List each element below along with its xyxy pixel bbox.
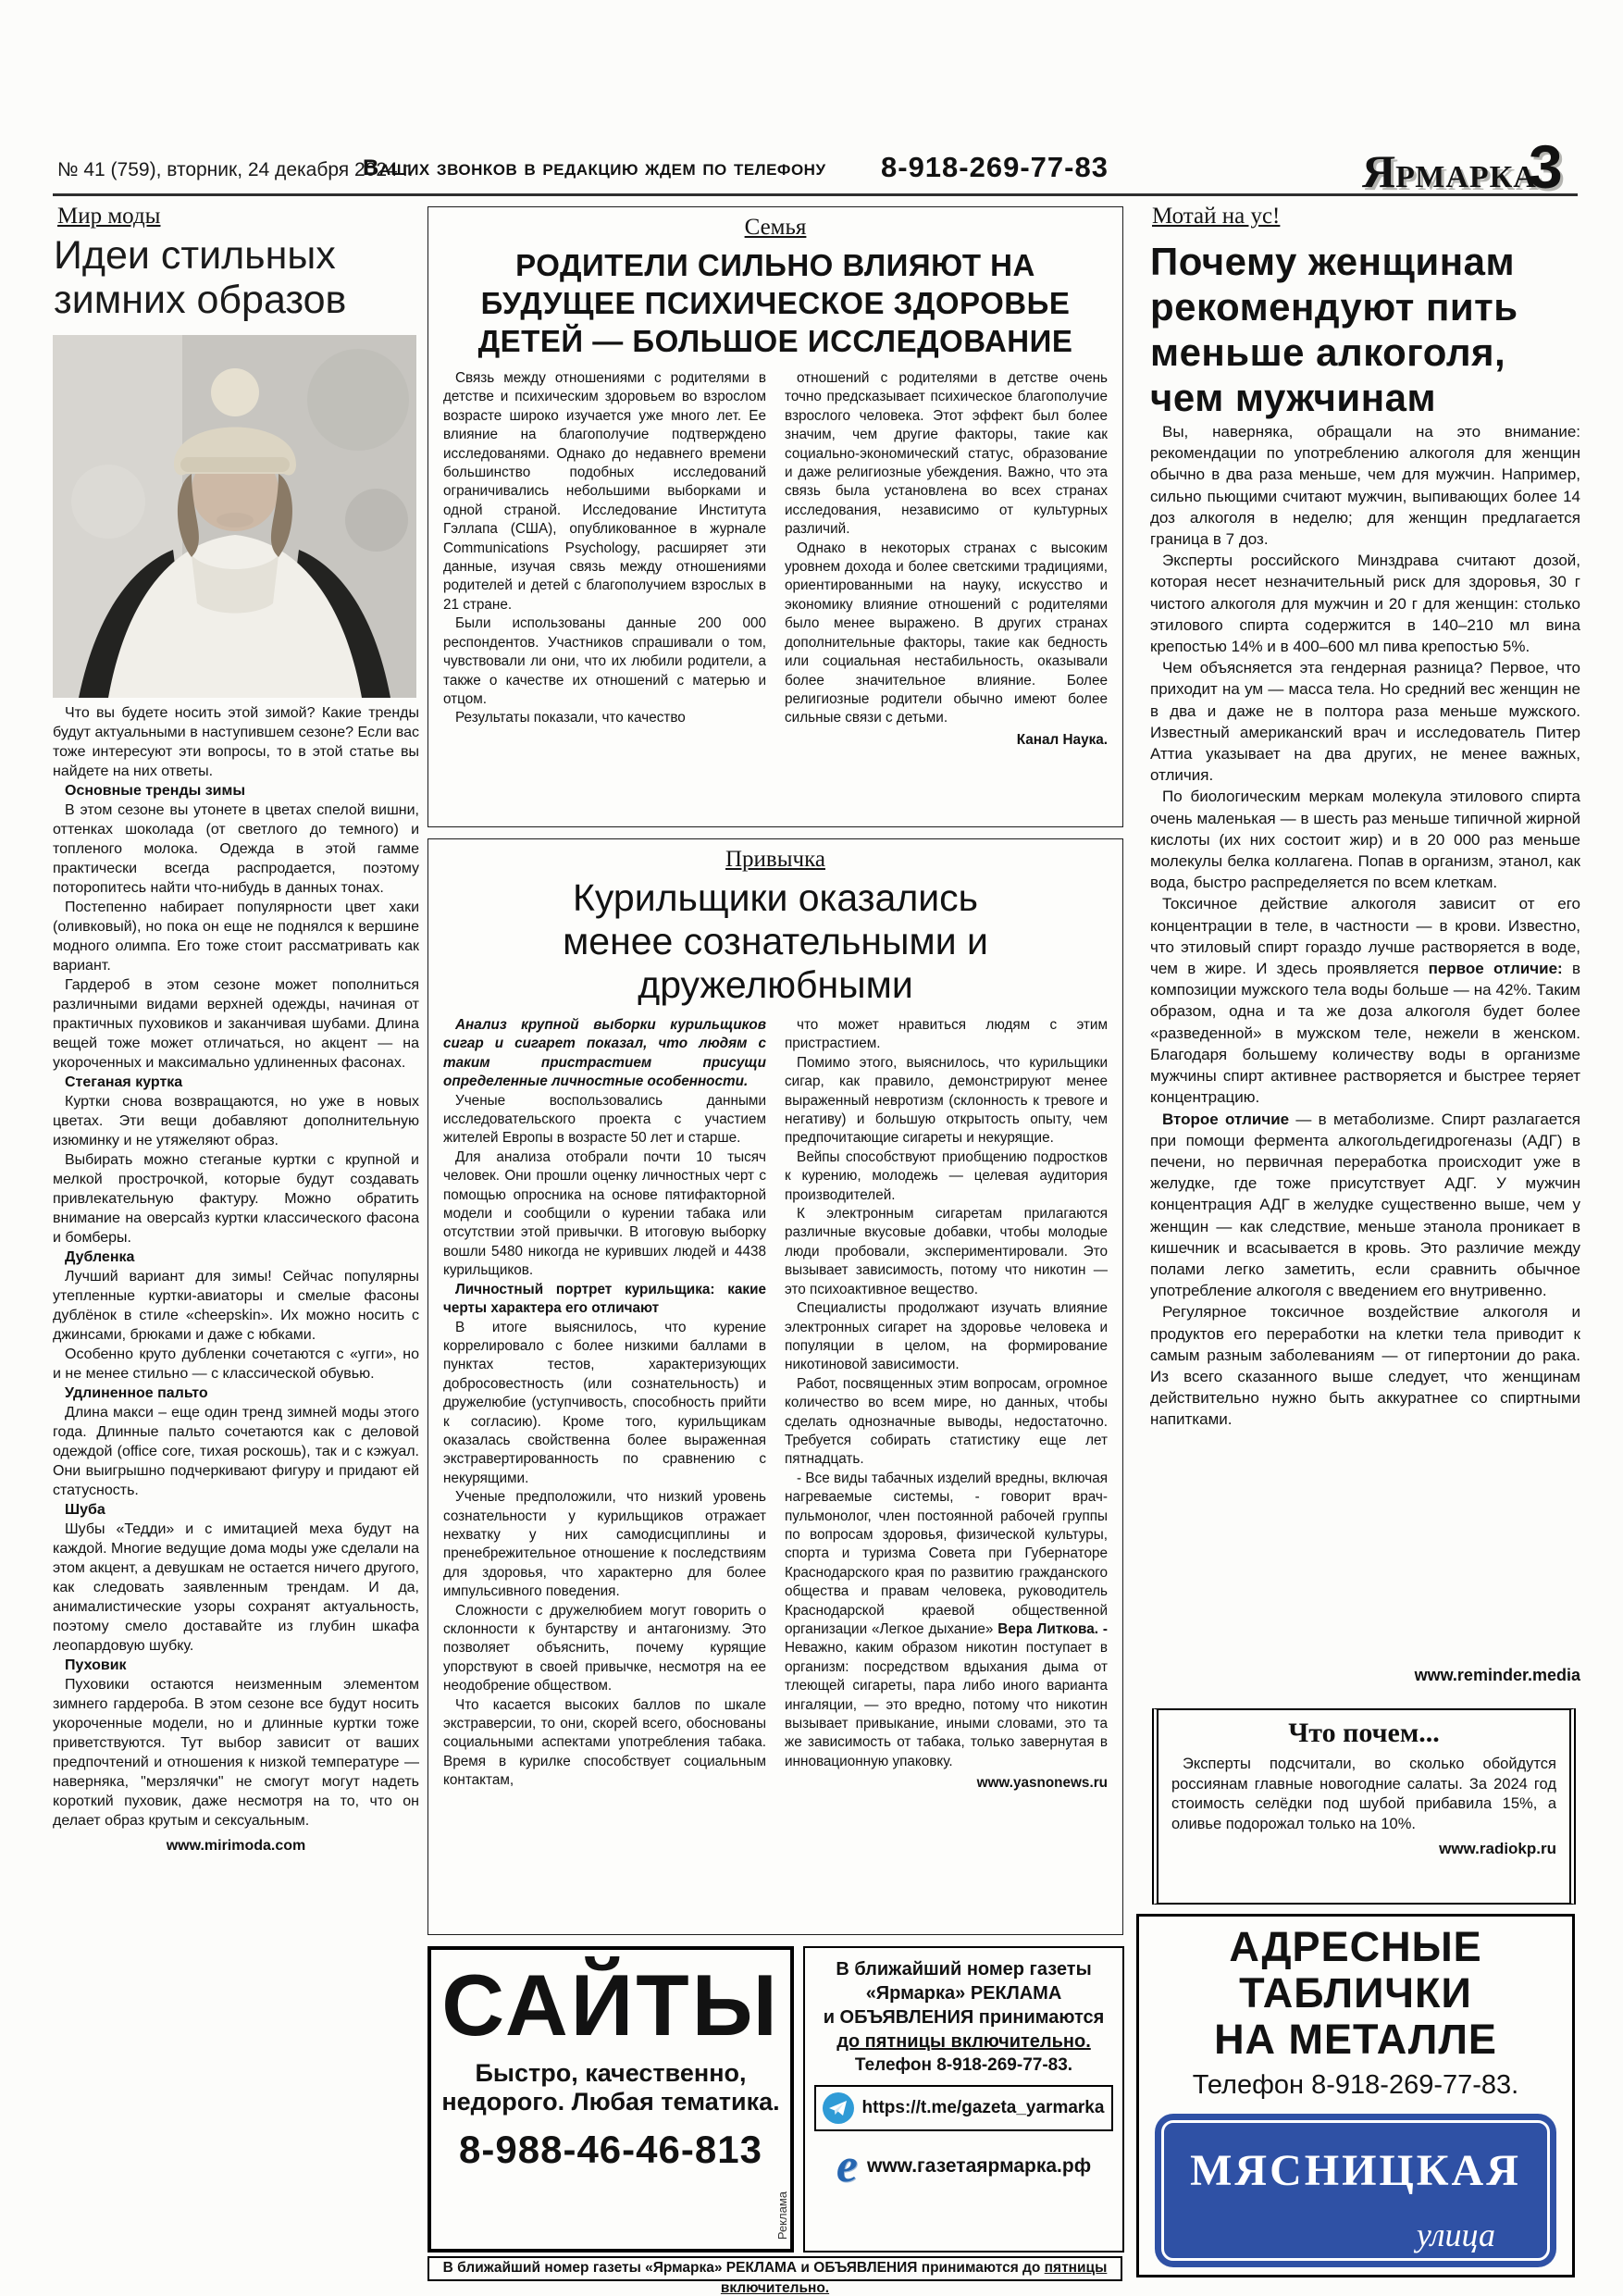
paragraph: Постепенно набирает популярности цвет ха…	[53, 898, 419, 975]
habit-columns: Анализ крупной выборки курильщиков сигар…	[443, 1016, 1108, 1951]
paragraph: отношений с родителями в детстве очень т…	[785, 369, 1108, 540]
newspaper-page: № 41 (759), вторник, 24 декабря 2024 г. …	[0, 0, 1623, 2296]
subhead: Удлиненное пальто	[53, 1384, 419, 1403]
ad-text-line: «Ярмарка» РЕКЛАМА	[805, 1981, 1122, 2005]
subhead: Личностный портрет курильщика: какие чер…	[443, 1281, 766, 1319]
logo-rest: РМАРКА	[1395, 160, 1537, 194]
street-sign-subtitle: улица	[1417, 2215, 1495, 2254]
paragraph: что может нравиться людям с этим пристра…	[785, 1016, 1108, 1054]
paragraph: Для анализа отобрали почти 10 тысяч чело…	[443, 1148, 766, 1281]
paragraph: Регулярное токсичное воздействие алкогол…	[1150, 1301, 1580, 1430]
ad-phone: Телефон 8-918-269-77-83.	[805, 2055, 1122, 2076]
paragraph: Что вы будете носить этой зимой? Какие т…	[53, 703, 419, 781]
article-signature: Канал Наука.	[785, 731, 1108, 750]
telegram-url: https://t.me/gazeta_yarmarka	[855, 2098, 1111, 2118]
ad-title-line: НА МЕТАЛЛЕ	[1139, 2017, 1572, 2063]
winter-outfit-photo-illustration	[53, 335, 416, 698]
paragraph: Помимо этого, выяснилось, что курильщики…	[785, 1054, 1108, 1148]
quote-text: Неважно, каким образом никотин поступает…	[785, 1640, 1108, 1769]
paragraph: Сложности с дружелюбием могут говорить о…	[443, 1602, 766, 1696]
paragraph: Шубы «Тедди» и с имитацией меха будут на…	[53, 1520, 419, 1656]
page-number: 3	[1529, 131, 1563, 202]
article-signature: www.reminder.media	[1150, 1666, 1580, 1685]
family-article-box: Семья РОДИТЕЛИ СИЛЬНО ВЛИЯЮТ НА БУДУЩЕЕ …	[427, 206, 1123, 827]
paragraph: Гардероб в этом сезоне может пополниться…	[53, 975, 419, 1073]
ad-title-line: АДРЕСНЫЕ	[1139, 1924, 1572, 1970]
subhead: Основные тренды зимы	[53, 781, 419, 800]
fashion-photo	[53, 335, 416, 698]
paragraph: Пуховики остаются неизменным элементом з…	[53, 1675, 419, 1831]
expert-quote: - Все виды табачных изделий вредны, вклю…	[785, 1470, 1108, 1772]
rubric-fashion: Мир моды	[57, 204, 160, 230]
quote-text: - Все виды табачных изделий вредны, вклю…	[785, 1471, 1108, 1637]
subhead: Стеганая куртка	[53, 1073, 419, 1092]
website-url: www.газетаярмарка.рф	[867, 2155, 1091, 2178]
newspaper-logo: ЯРМАРКА	[1362, 144, 1537, 198]
paragraph: Чем объясняется эта гендерная разница? П…	[1150, 657, 1580, 786]
paragraph: Вы, наверняка, обращали на это внимание:…	[1150, 421, 1580, 550]
street-sign-name: МЯСНИЦКАЯ	[1155, 2114, 1556, 2196]
fashion-article-title: Идеи стильных зимних образов	[54, 233, 359, 322]
browser-e-icon: е	[836, 2142, 858, 2191]
rubric-family: Семья	[443, 215, 1108, 241]
family-column-1: Связь между отношениями с родителями в д…	[443, 369, 766, 808]
family-columns: Связь между отношениями с родителями в д…	[443, 369, 1108, 808]
paragraph: Лучший вариант для зимы! Сейчас популярн…	[53, 1267, 419, 1345]
paragraph: Особенно круто дубленки сочетаются с «уг…	[53, 1345, 419, 1384]
paragraph: Специалисты продолжают изучать влияние э…	[785, 1299, 1108, 1375]
telegram-link-strip: https://t.me/gazeta_yarmarka	[814, 2085, 1113, 2131]
article-signature: www.yasnonews.ru	[785, 1774, 1108, 1793]
paragraph: Второе отличие — в метаболизме. Спирт ра…	[1150, 1109, 1580, 1302]
strip-text: В ближайший номер газеты «Ярмарка» РЕКЛА…	[443, 2260, 1045, 2276]
fashion-article-body: Что вы будете носить этой зимой? Какие т…	[53, 703, 419, 2050]
paragraph: Однако в некоторых странах с высоким уро…	[785, 540, 1108, 728]
subhead: Дубленка	[53, 1247, 419, 1267]
paragraph-text: — в метаболизме. Спирт разлагается при п…	[1150, 1111, 1580, 1300]
habit-article-title: Курильщики оказались менее сознательными…	[516, 876, 1035, 1007]
telegram-icon	[822, 2091, 855, 2125]
website-link-row: е www.газетаярмарка.рф	[805, 2142, 1122, 2191]
paragraph: В этом сезоне вы утонете в цветах спелой…	[53, 800, 419, 898]
header-rule	[53, 193, 1578, 196]
rubric-habit: Привычка	[443, 847, 1108, 873]
ad-phone: 8-988-46-46-813	[431, 2128, 790, 2172]
rubric-alcohol: Мотай на ус!	[1152, 204, 1280, 230]
websites-ad: САЙТЫ Быстро, качественно, недорого. Люб…	[427, 1946, 794, 2253]
paragraph: Связь между отношениями с родителями в д…	[443, 369, 766, 614]
paragraph: Выбирать можно стеганые куртки с крупной…	[53, 1150, 419, 1247]
ad-subtitle-line: недорого. Любая тематика.	[431, 2088, 790, 2116]
paragraph: В итоге выяснилось, что курение коррелир…	[443, 1319, 766, 1489]
newspaper-self-ad: В ближайший номер газеты «Ярмарка» РЕКЛА…	[803, 1946, 1124, 2253]
ad-text-line: и ОБЪЯВЛЕНИЯ принимаются	[805, 2005, 1122, 2029]
ad-deadline-line: до пятницы включительно.	[805, 2029, 1122, 2054]
paragraph: Результаты показали, что качество	[443, 709, 766, 727]
editorial-phone: 8-918-269-77-83	[881, 151, 1109, 184]
paragraph-text: в композиции мужского тела воды больше —…	[1150, 960, 1580, 1106]
advert-marker-label: Реклама	[775, 2191, 789, 2240]
street-sign-sample: МЯСНИЦКАЯ улица	[1155, 2114, 1556, 2267]
subhead: Пуховик	[53, 1656, 419, 1675]
source-link: www.mirimoda.com	[53, 1836, 419, 1855]
paragraph: Токсичное действие алкоголя зависит от е…	[1150, 893, 1580, 1108]
paragraph: Куртки снова возвращаются, но уже в новы…	[53, 1092, 419, 1150]
address-plates-ad: АДРЕСНЫЕ ТАБЛИЧКИ НА МЕТАЛЛЕ Телефон 8-9…	[1136, 1914, 1575, 2277]
ad-phone: Телефон 8-918-269-77-83.	[1139, 2070, 1572, 2101]
paragraph: Длина макси – еще один тренд зимней моды…	[53, 1403, 419, 1500]
price-box-title: Что почем...	[1171, 1718, 1556, 1749]
paragraph: Что касается высоких баллов по шкале экс…	[443, 1696, 766, 1791]
ad-subtitle-line: Быстро, качественно,	[431, 2059, 790, 2088]
first-difference-bold: первое отличие:	[1429, 960, 1563, 977]
habit-article-box: Привычка Курильщики оказались менее созн…	[427, 838, 1123, 1935]
price-note-box: Что почем... Эксперты подсчитали, во ско…	[1152, 1708, 1576, 1905]
paragraph: Вейпы способствуют приобщению подростков…	[785, 1148, 1108, 1205]
paragraph: Ученые предположили, что низкий уровень …	[443, 1488, 766, 1601]
paragraph: По биологическим меркам молекула этилово…	[1150, 786, 1580, 893]
alcohol-article-title: Почему женщинам рекомендуют пить меньше …	[1150, 239, 1562, 420]
paragraph: Ученые воспользовались данными исследова…	[443, 1092, 766, 1148]
ad-title: САЙТЫ	[431, 1959, 790, 2052]
alcohol-article-body: Вы, наверняка, обращали на это внимание:…	[1150, 421, 1580, 1661]
ad-text-line: В ближайший номер газеты	[805, 1957, 1122, 1981]
habit-column-2: что может нравиться людям с этим пристра…	[785, 1016, 1108, 1951]
issue-info: № 41 (759), вторник, 24 декабря 2024 г.	[57, 159, 413, 181]
article-lead: Анализ крупной выборки курильщиков сигар…	[443, 1016, 766, 1092]
paragraph: Эксперты российского Минздрава считают д…	[1150, 550, 1580, 657]
paragraph: Были использованы данные 200 000 респонд…	[443, 614, 766, 709]
price-box-text: Эксперты подсчитали, во сколько обойдутс…	[1171, 1755, 1556, 1834]
family-article-title: РОДИТЕЛИ СИЛЬНО ВЛИЯЮТ НА БУДУЩЕЕ ПСИХИЧ…	[475, 246, 1076, 360]
source-link: www.radiokp.ru	[1171, 1840, 1556, 1858]
logo-initial: Я	[1362, 145, 1395, 197]
call-to-editors-text: Ваших звонков в редакцию ждем по телефон…	[363, 155, 826, 181]
expert-name: Вера Литкова. -	[997, 1621, 1108, 1637]
ad-title-line: ТАБЛИЧКИ	[1139, 1970, 1572, 2017]
habit-column-1: Анализ крупной выборки курильщиков сигар…	[443, 1016, 766, 1951]
paragraph: Работ, посвященных этим вопросам, огромн…	[785, 1375, 1108, 1470]
paragraph: К электронным сигаретам прилагаются разл…	[785, 1205, 1108, 1299]
family-column-2: отношений с родителями в детстве очень т…	[785, 369, 1108, 808]
second-difference-bold: Второе отличие	[1162, 1111, 1289, 1128]
subhead: Шуба	[53, 1500, 419, 1520]
bottom-deadline-strip: В ближайший номер газеты «Ярмарка» РЕКЛА…	[427, 2256, 1122, 2281]
